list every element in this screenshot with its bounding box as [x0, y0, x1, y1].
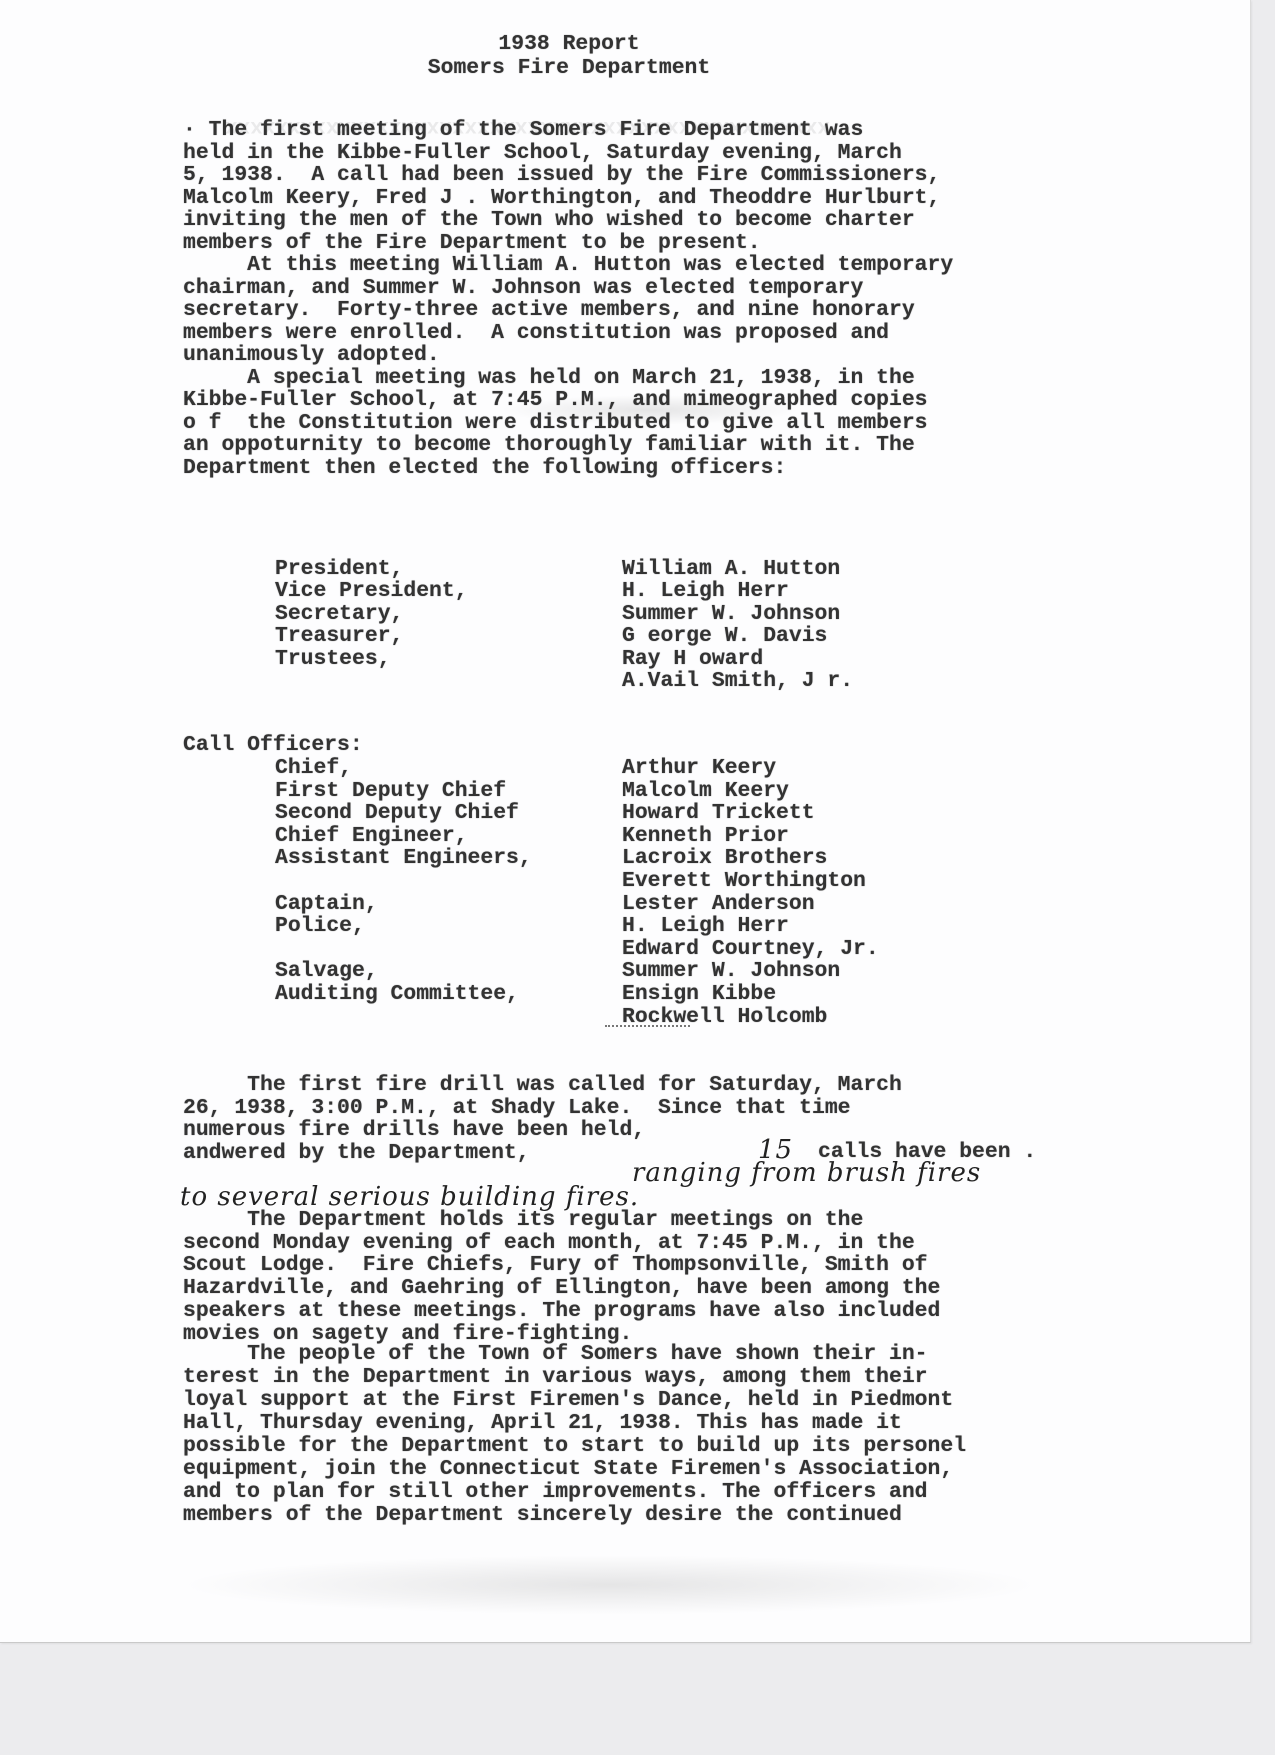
text-line: unanimously adopted.	[183, 343, 440, 367]
officer-name: William A. Hutton	[622, 557, 840, 581]
text-line: secretary. Forty-three active members, a…	[183, 298, 915, 322]
officer-name: Arthur Keery	[622, 756, 776, 780]
officer-name: G eorge W. Davis	[622, 624, 827, 648]
officer-title: Assistant Engineers,	[275, 846, 532, 870]
officer-title: Captain,	[275, 892, 378, 916]
text-line: The people of the Town of Somers have sh…	[183, 1342, 928, 1366]
officer-name: Ray H oward	[622, 647, 763, 671]
officer-title: Secretary,	[275, 602, 403, 626]
officer-title: First Deputy Chief	[275, 779, 506, 803]
officer-name: Summer W. Johnson	[622, 959, 840, 983]
text-line: chairman, and Summer W. Johnson was elec…	[183, 276, 863, 300]
text-line: · The first meeting of the Somers Fire D…	[183, 118, 863, 142]
scanned-page: xxxxxxxxxxxxxxxxxxxxxxxxxxxxxxxxxxxxxxxx…	[0, 0, 1251, 1643]
officer-name: H. Leigh Herr	[622, 579, 789, 603]
text-line: equipment, join the Connecticut State Fi…	[183, 1457, 953, 1481]
officer-title: Auditing Committee,	[275, 982, 519, 1006]
text-line: Kibbe-Fuller School, at 7:45 P.M., and m…	[183, 388, 928, 412]
officer-title: Second Deputy Chief	[275, 801, 519, 825]
officer-name: Lacroix Brothers	[622, 846, 827, 870]
officer-name: Kenneth Prior	[622, 824, 789, 848]
text-line: o f the Constitution were distributed to…	[183, 411, 928, 435]
text-line: second Monday evening of each month, at …	[183, 1231, 915, 1255]
officer-title: Vice President,	[275, 579, 468, 603]
officer-name: Lester Anderson	[622, 892, 815, 916]
pencil-mark	[605, 1025, 690, 1027]
text-line: Hall, Thursday evening, April 21, 1938. …	[183, 1411, 902, 1435]
text-line: and to plan for still other improvements…	[183, 1480, 928, 1504]
officer-title: Police,	[275, 914, 365, 938]
text-line: an oppoturnity to become thoroughly fami…	[183, 433, 915, 457]
text-line: Department then elected the following of…	[183, 456, 786, 480]
officer-name: A.Vail Smith, J r.	[622, 669, 853, 693]
handwritten-annotation-line1: ranging from brush fires	[632, 1158, 981, 1188]
officer-name: Ensign Kibbe	[622, 982, 776, 1006]
officer-title: Treasurer,	[275, 624, 403, 648]
text-line: speakers at these meetings. The programs…	[183, 1299, 940, 1323]
text-line: 26, 1938, 3:00 P.M., at Shady Lake. Sinc…	[183, 1096, 851, 1120]
text-line: members were enrolled. A constitution wa…	[183, 321, 889, 345]
officer-name: H. Leigh Herr	[622, 914, 789, 938]
text-line: Hazardville, and Gaehring of Ellington, …	[183, 1276, 940, 1300]
text-line: terest in the Department in various ways…	[183, 1365, 928, 1389]
officer-name: Edward Courtney, Jr.	[622, 937, 879, 961]
officer-title: Chief,	[275, 756, 352, 780]
text-line: Scout Lodge. Fire Chiefs, Fury of Thomps…	[183, 1253, 928, 1277]
text-line: The first fire drill was called for Satu…	[183, 1073, 902, 1097]
text-line: members of the Department sincerely desi…	[183, 1503, 902, 1527]
call-officers-heading: Call Officers:	[183, 733, 363, 757]
text-line: andwered by the Department,	[183, 1141, 530, 1165]
officer-title: Trustees,	[275, 647, 391, 671]
text-line: numerous fire drills have been held,	[183, 1118, 645, 1142]
text-line: members of the Fire Department to be pre…	[183, 231, 761, 255]
scan-smudge	[180, 1555, 1040, 1615]
page-title: 1938 Report	[0, 32, 1138, 56]
text-line: loyal support at the First Firemen's Dan…	[183, 1388, 953, 1412]
text-line: held in the Kibbe-Fuller School, Saturda…	[183, 141, 902, 165]
page-subtitle: Somers Fire Department	[0, 56, 1138, 80]
officer-title: President,	[275, 557, 403, 581]
text-line: The Department holds its regular meeting…	[183, 1208, 863, 1232]
text-line: possible for the Department to start to …	[183, 1434, 966, 1458]
text-line: 5, 1938. A call had been issued by the F…	[183, 163, 940, 187]
officer-name: Everett Worthington	[622, 869, 866, 893]
text-line: inviting the men of the Town who wished …	[183, 208, 915, 232]
text-line: Malcolm Keery, Fred J . Worthington, and…	[183, 186, 940, 210]
officer-title: Chief Engineer,	[275, 824, 468, 848]
officer-name: Howard Trickett	[622, 801, 815, 825]
officer-name: Malcolm Keery	[622, 779, 789, 803]
text-line: A special meeting was held on March 21, …	[183, 366, 915, 390]
officer-name: Summer W. Johnson	[622, 602, 840, 626]
officer-title: Salvage,	[275, 959, 378, 983]
text-line: At this meeting William A. Hutton was el…	[183, 253, 953, 277]
